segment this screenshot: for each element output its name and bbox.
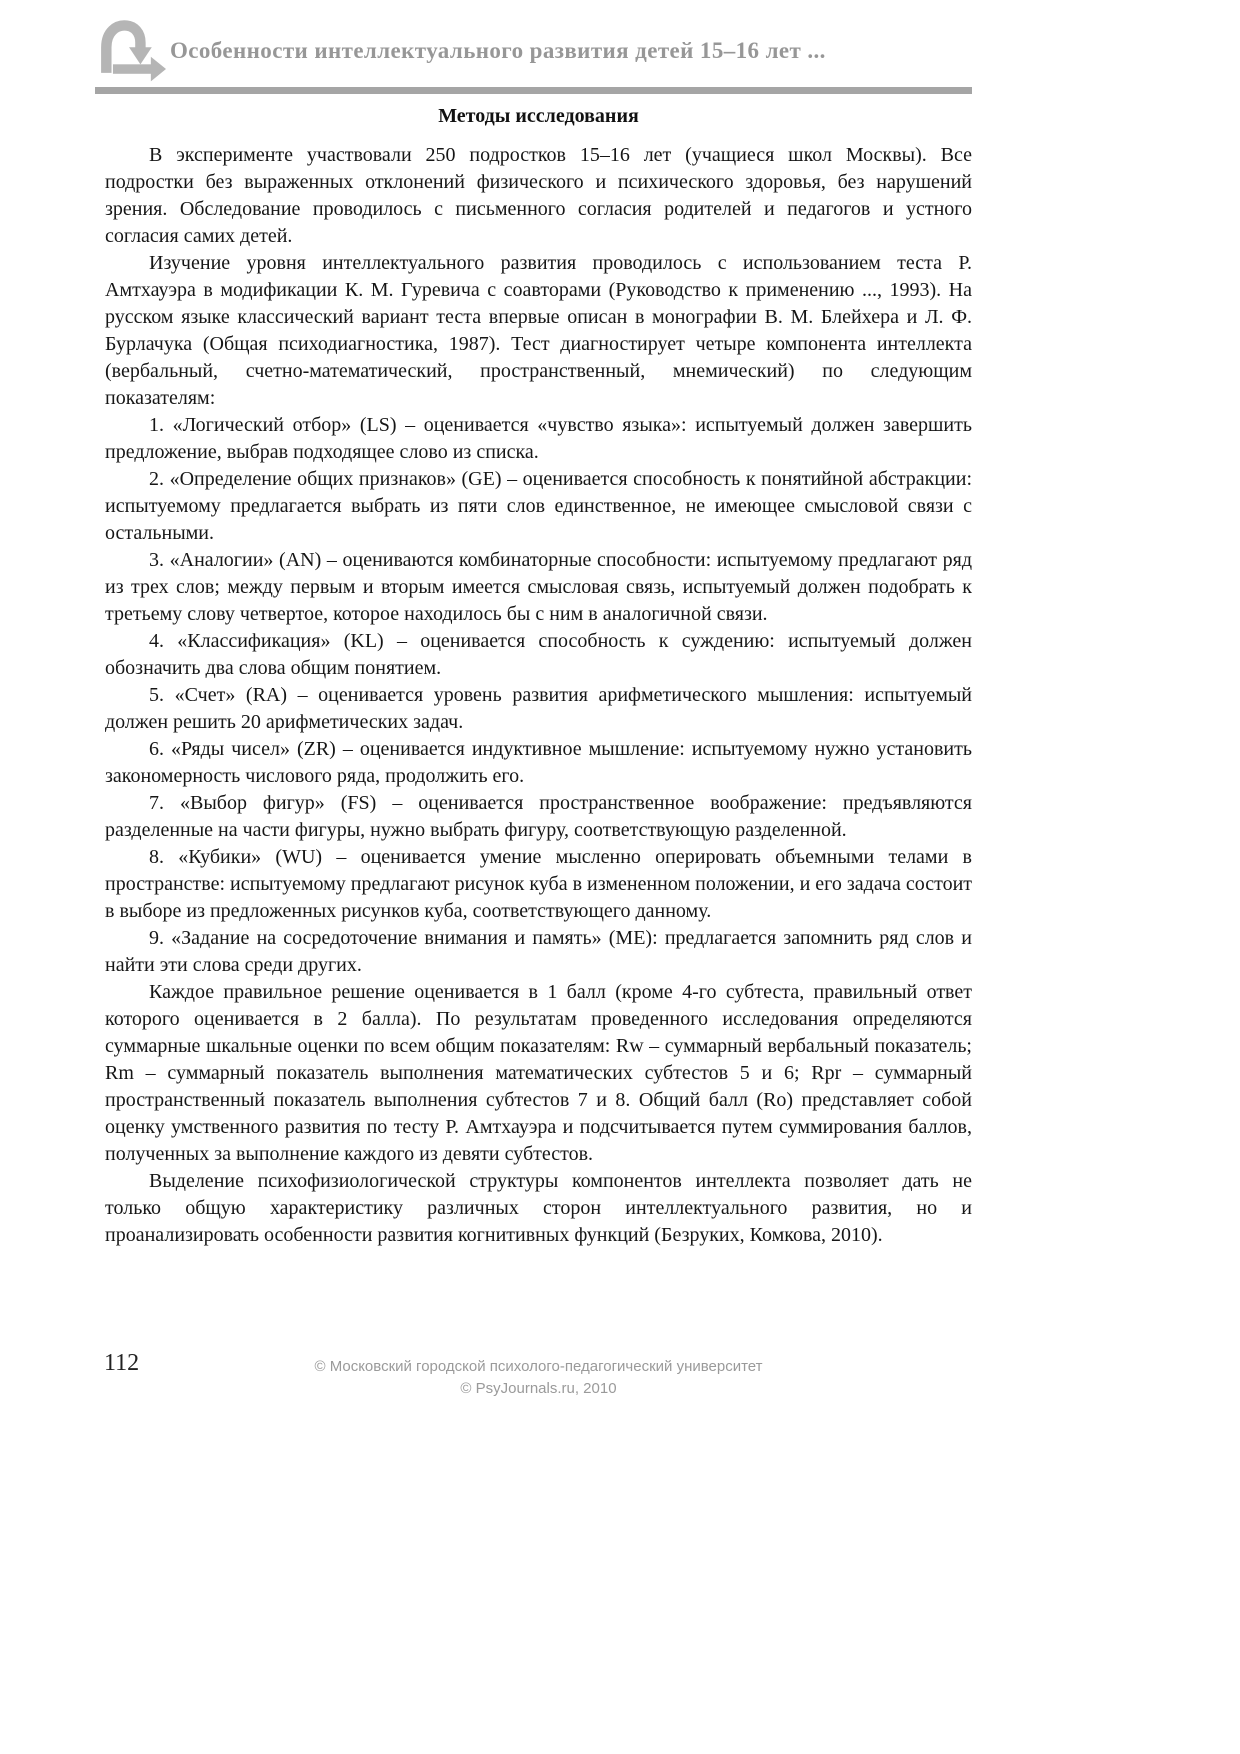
header-divider-bar [95, 87, 972, 94]
subtest-item: 6. «Ряды чисел» (ZR) – оценивается индук… [105, 736, 972, 790]
subtest-item: 1. «Логический отбор» (LS) – оценивается… [105, 412, 972, 466]
closing-paragraph: Выделение психофизиологической структуры… [105, 1168, 972, 1249]
section-heading: Методы исследования [105, 105, 972, 128]
text-column: Методы исследования В эксперименте участ… [105, 105, 972, 1249]
subtest-item: 2. «Определение общих признаков» (GE) – … [105, 466, 972, 547]
intro-paragraph: Изучение уровня интеллектуального развит… [105, 250, 972, 412]
closing-paragraph: Каждое правильное решение оценивается в … [105, 979, 972, 1168]
subtest-item: 7. «Выбор фигур» (FS) – оценивается прос… [105, 790, 972, 844]
subtest-item: 8. «Кубики» (WU) – оценивается умение мы… [105, 844, 972, 925]
running-head-title: Особенности интеллектуального развития д… [170, 38, 980, 64]
subtest-item: 4. «Классификация» (KL) – оценивается сп… [105, 628, 972, 682]
subtest-item: 5. «Счет» (RA) – оценивается уровень раз… [105, 682, 972, 736]
intro-paragraph: В эксперименте участвовали 250 подростко… [105, 142, 972, 250]
psyjournals-arrow-logo-icon [94, 20, 166, 84]
copyright-line-psyjournals: © PsyJournals.ru, 2010 [105, 1378, 972, 1400]
subtest-item: 3. «Аналогии» (AN) – оцениваются комбина… [105, 547, 972, 628]
journal-page: Особенности интеллектуального развития д… [0, 0, 1240, 1754]
copyright-line-university: © Московский городской психолого-педагог… [105, 1356, 972, 1378]
footer-copyright: © Московский городской психолого-педагог… [105, 1356, 972, 1400]
subtest-item: 9. «Задание на сосредоточение внимания и… [105, 925, 972, 979]
